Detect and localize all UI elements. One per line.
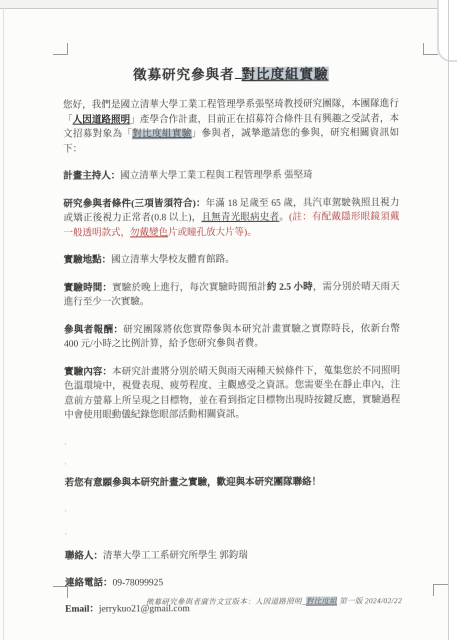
document-photo: 徵募研究參與者對比度組實驗 您好，我們是國立清華大學工業工程管理學系張堅琦教授研… xyxy=(0,0,457,640)
crop-mark-top-right xyxy=(423,43,438,55)
section-text: 實驗於晚上進行，每次實驗時間預計 xyxy=(112,282,267,293)
contact-phone-line: 連絡電話：09-78099925 xyxy=(65,575,401,591)
rounded-corner-overlay xyxy=(437,0,457,62)
footer-highlighted-term: 對比度組 xyxy=(306,596,337,605)
section-text: 本研究計畫將分別於晴天與雨天兩種天候條件下，蒐集您於不同照明色溫環境中，視覺表現… xyxy=(64,366,400,421)
section-reward: 參與者報酬：研究團隊將依您實際參與本研究計畫實驗之實際時長，依新台幣 400 元… xyxy=(64,322,400,352)
contact-label: 聯絡人： xyxy=(65,552,103,562)
section-conditions: 研究參與者條件(三項皆須符合)：年滿 18 足歲至 65 歲，具汽車駕駛執照且視… xyxy=(63,196,399,241)
section-label: 計畫主持人： xyxy=(63,171,120,181)
contact-label: 連絡電話： xyxy=(65,578,113,588)
section-text: 國立清華大學工業工程與工程管理學系 張堅琦 xyxy=(120,171,312,182)
duration-bold: 約 2.5 小時 xyxy=(267,282,313,292)
section-host: 計畫主持人：國立清華大學工業工程與工程管理學系 張堅琦 xyxy=(63,168,399,184)
section-label: 實驗時間： xyxy=(64,283,112,293)
contact-person-line: 聯絡人：清華大學工工系研究所學生 郭鈞瑞 xyxy=(65,548,401,564)
section-location: 實驗地點：國立清華大學校友體育館路。 xyxy=(64,252,400,268)
document-body: 徵募研究參與者對比度組實驗 您好，我們是國立清華大學工業工程管理學系張堅琦教授研… xyxy=(63,59,401,629)
section-time: 實驗時間：實驗於晚上進行，每次實驗時間預計約 2.5 小時，需分別於晴天雨天進行… xyxy=(64,280,400,310)
page-top-edge-line xyxy=(0,8,457,9)
paragraph-mark: , xyxy=(64,435,400,456)
invitation-line: 若您有意願參與本研究計畫之實驗，歡迎與本研究團隊聯絡！ xyxy=(65,475,401,491)
section-label: 實驗內容： xyxy=(64,367,112,377)
paragraph-mark: , xyxy=(64,455,400,476)
section-label: 參與者報酬： xyxy=(64,325,123,335)
page-top-margin xyxy=(0,0,457,8)
section-text: 。 xyxy=(279,213,289,223)
section-label: 研究參與者條件(三項皆須符合)： xyxy=(63,199,205,210)
intro-paragraph: 您好，我們是國立清華大學工業工程管理學系張堅琦教授研究團隊，本團隊進行「人因道路… xyxy=(63,97,399,156)
crop-mark-bottom-right xyxy=(433,584,448,596)
title-highlighted-term: 對比度組實驗 xyxy=(242,67,329,82)
section-label: 實驗地點： xyxy=(64,256,112,266)
project-name-term: 人因道路照明 xyxy=(73,115,131,125)
section-content: 實驗內容：本研究計畫將分別於晴天與雨天兩種天候條件下，蒐集您於不同照明色溫環境中… xyxy=(64,364,400,423)
document-footer: 徵募研究參與者廣告文宣版本：人因道路照明_對比度組 第一版 2024/02/22 xyxy=(64,596,402,608)
experiment-group-term: 對比度組實驗 xyxy=(132,129,191,139)
title-prefix: 徵募研究參與者 xyxy=(133,67,235,82)
title-underscore xyxy=(235,78,242,79)
red-note-underlined: 勿戴變色 xyxy=(130,228,168,238)
contact-phone: 09-78099925 xyxy=(113,578,164,588)
condition-underlined: 且無青光眼病史者 xyxy=(201,213,279,223)
paragraph-mark: , xyxy=(65,525,401,549)
page-left-edge-line xyxy=(3,8,4,640)
red-note: 片或瞳孔放大片等)。 xyxy=(168,227,257,237)
page-right-gutter xyxy=(449,0,457,640)
crop-mark-top-left xyxy=(53,43,68,55)
section-text: 國立清華大學校友體育館路。 xyxy=(111,255,235,266)
page-right-edge-line xyxy=(448,0,449,640)
footer-text: 徵募研究參與者廣告文宣版本：人因道路照明_ xyxy=(146,597,306,607)
paragraph-mark: , xyxy=(65,502,401,526)
contact-person: 清華大學工工系研究所學生 郭鈞瑞 xyxy=(103,551,248,562)
document-title: 徵募研究參與者對比度組實驗 xyxy=(63,65,399,84)
footer-version-date: 第一版 2024/02/22 xyxy=(337,596,402,605)
